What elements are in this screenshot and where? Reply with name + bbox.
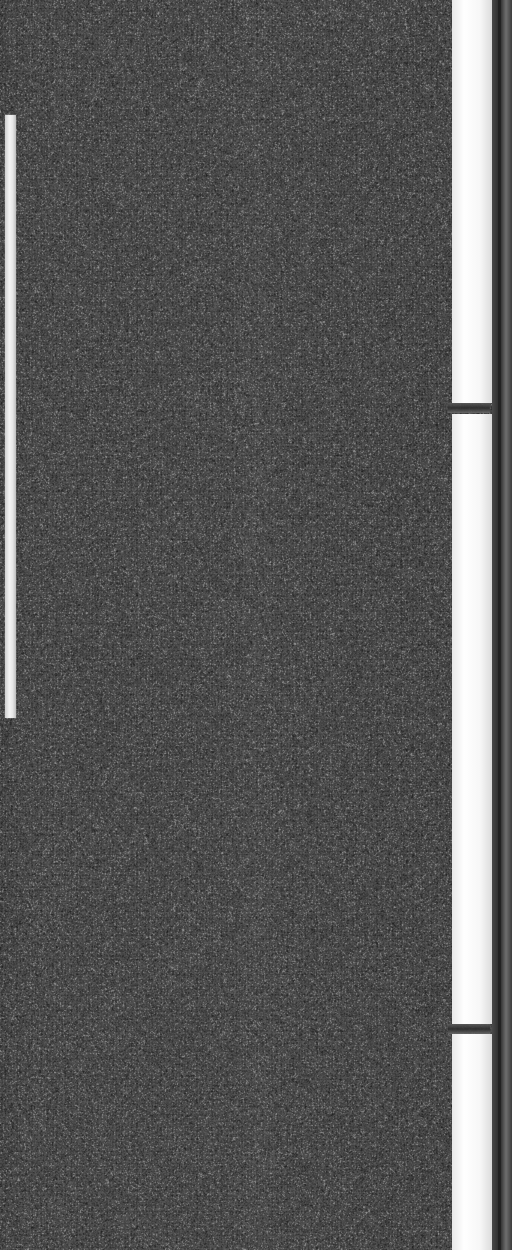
road-scene [0, 0, 512, 1250]
right-lane-line-segment [452, 414, 492, 1024]
asphalt-texture [0, 0, 512, 1250]
joint-seam [448, 403, 490, 413]
left-edge-line [5, 115, 16, 718]
road-shoulder [492, 0, 512, 1250]
right-lane-line-segment [452, 0, 492, 403]
joint-seam [448, 1024, 490, 1034]
shoulder-edge [498, 0, 501, 1250]
right-lane-line-segment [452, 1034, 492, 1250]
